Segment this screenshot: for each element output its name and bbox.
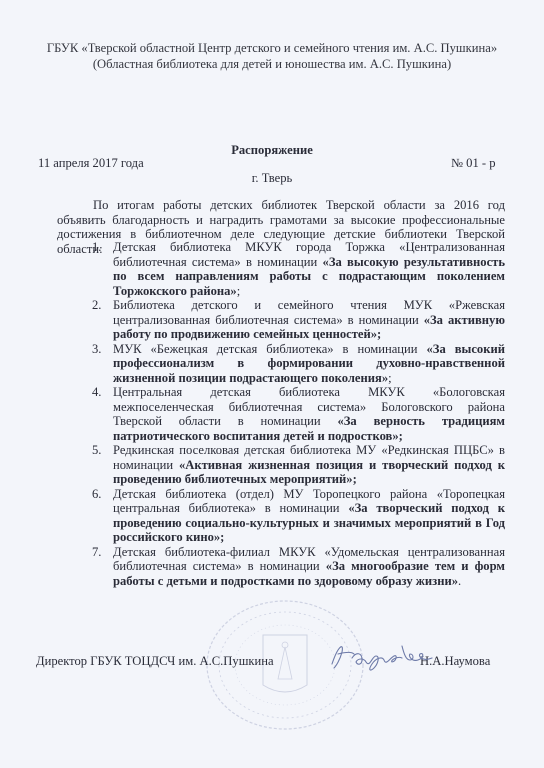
document-date: 11 апреля 2017 года — [38, 156, 144, 171]
award-library: МУК «Бежецкая детская библиотека» в номи… — [113, 342, 427, 356]
org-name-line: ГБУК «Тверской областной Центр детского … — [0, 40, 544, 56]
award-end: . — [458, 574, 461, 588]
award-number: 6. — [92, 487, 101, 502]
award-item: 2. Библиотека детского и семейного чтени… — [86, 298, 505, 342]
award-item: 6. Детская библиотека (отдел) МУ Торопец… — [86, 487, 505, 545]
org-subtitle-line: (Областная библиотека для детей и юношес… — [0, 56, 544, 72]
award-number: 7. — [92, 545, 101, 560]
document-number: № 01 - р — [451, 156, 496, 171]
award-number: 1. — [92, 240, 101, 255]
award-end: ; — [237, 284, 241, 298]
award-item: 4. Центральная детская библиотека МКУК «… — [86, 385, 505, 443]
signatory-position: Директор ГБУК ТОЦДСЧ им. А.С.Пушкина — [36, 654, 274, 669]
award-number: 3. — [92, 342, 101, 357]
award-number: 2. — [92, 298, 101, 313]
award-end: ; — [388, 371, 392, 385]
award-item: 3. МУК «Бежецкая детская библиотека» в н… — [86, 342, 505, 386]
organization-header: ГБУК «Тверской областной Центр детского … — [0, 40, 544, 72]
handwritten-signature-icon — [328, 638, 438, 674]
document-page: ГБУК «Тверской областной Центр детского … — [0, 0, 544, 768]
award-number: 4. — [92, 385, 101, 400]
award-number: 5. — [92, 443, 101, 458]
document-city: г. Тверь — [0, 171, 544, 186]
award-item: 7. Детская библиотека-филиал МКУК «Удоме… — [86, 545, 505, 589]
award-list: 1. Детская библиотека МКУК города Торжка… — [86, 240, 505, 588]
award-item: 1. Детская библиотека МКУК города Торжка… — [86, 240, 505, 298]
award-item: 5. Редкинская поселковая детская библиот… — [86, 443, 505, 487]
